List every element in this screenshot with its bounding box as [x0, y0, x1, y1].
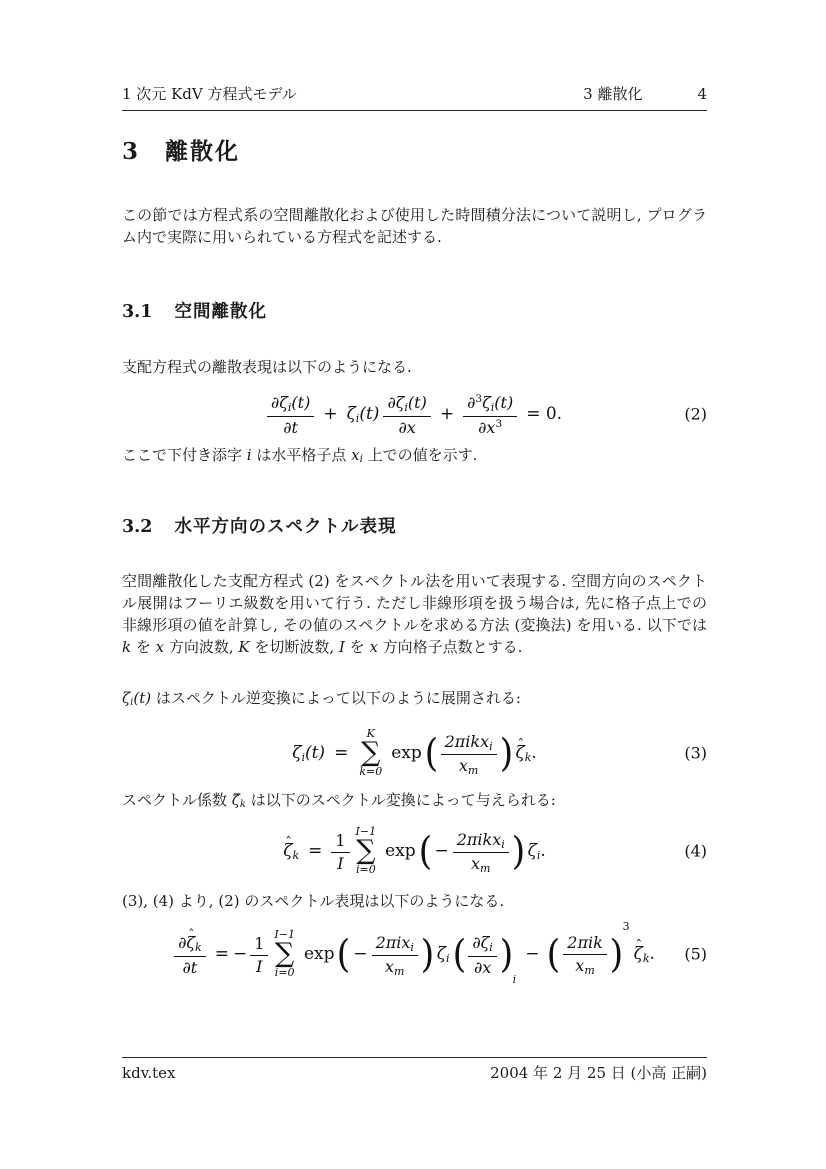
right-paren: ) [511, 832, 525, 870]
intro-paragraph: この節では方程式系の空間離散化および使用した時間積分法について説明し, プログラ… [122, 204, 707, 248]
eq5-fraction-a-denominator: xm [381, 956, 408, 979]
eq5-one: 1 [250, 931, 268, 956]
eq5-lhs-fraction: ∂ˆζk ∂t [174, 930, 206, 978]
footer-rule [122, 1057, 707, 1058]
sigma-symbol: ∑ [275, 941, 294, 967]
mtext: k [195, 941, 202, 954]
subsection-3-2-title: 水平方向のスペクトル表現 [174, 515, 396, 539]
zeta-hat: ˆζ [515, 743, 524, 763]
text-run: スペクトル係数 [122, 791, 232, 809]
mtext: ∂t [183, 958, 198, 977]
text-run: x [369, 638, 377, 656]
header-section-ref: 3 離散化 [583, 84, 642, 104]
mtext: 1 [254, 934, 264, 953]
equation-2: ∂ζi(t) ∂t + ζi(t) ∂ζi(t) ∂x + ∂3ζi(t) ∂x… [122, 384, 707, 444]
eq3-fraction-denominator: xm [455, 755, 482, 778]
mtext: ∂ζ [271, 393, 288, 412]
eq2-fraction-3-numerator: ∂3ζi(t) [463, 390, 517, 417]
mtext: 2πik [567, 933, 603, 952]
mtext: x [575, 956, 584, 975]
subsection-3-2-number: 3.2 [122, 515, 152, 539]
eq5-lhs-numerator: ∂ˆζk [174, 930, 206, 957]
mtext: i [489, 941, 493, 954]
eq5-fraction-b-denominator: ∂x [470, 957, 495, 978]
text-run: ζ̂ [232, 791, 240, 809]
mtext: I [256, 957, 262, 976]
mtext: 2πikx [457, 830, 502, 849]
eq5-fraction-a-numerator: 2πixi [372, 930, 418, 957]
eq5-lhs-denominator: ∂t [179, 957, 202, 978]
mtext: I [337, 854, 343, 873]
eq5-minus-operator: − [525, 944, 539, 964]
text-run: を切断波数, [250, 638, 339, 656]
mtext: ζ [528, 841, 537, 861]
mtext: m [468, 764, 478, 777]
eq3-lead-text: ζi(t) はスペクトル逆変換によって以下のように展開される: [122, 687, 707, 714]
equation-2-tag: (2) [684, 405, 707, 424]
text-run: は水平格子点 [252, 446, 352, 464]
mtext: 1 [335, 831, 345, 850]
eq4-summation: I−1 ∑ i=0 [356, 826, 377, 877]
text-run: k [122, 638, 131, 656]
mtext: ∂x [478, 418, 495, 437]
mtext: ∂ [178, 933, 186, 952]
text-run: を [131, 638, 156, 656]
eq2-rhs: = 0. [526, 404, 562, 424]
eq3-sum-lower: k=0 [359, 766, 382, 779]
mtext: i [410, 940, 414, 953]
eq5-spectral-coefficient: ˆζk. [634, 944, 655, 965]
hat-mark: ˆ [285, 835, 292, 851]
document-page: 1 次元 KdV 方程式モデル 3 離散化 4 3 離散化 この節では方程式系の… [0, 0, 826, 1169]
eq5-leading-minus: − [233, 944, 247, 964]
eq5-fraction-c-denominator: xm [571, 955, 598, 978]
eq3-equals: = [334, 743, 348, 763]
eq5-zeta-i: ζi [437, 944, 450, 965]
eq3-lhs: ζi(t) [292, 743, 325, 764]
text-run: K [238, 638, 249, 656]
zeta-hat: ˆζ [283, 841, 292, 861]
eq5-exp: exp [304, 944, 335, 964]
header-page-number: 4 [697, 84, 707, 104]
eq2-fraction-1: ∂ζi(t) ∂t [267, 390, 314, 438]
eq2-note: ここで下付き添字 i は水平格子点 xi 上での値を示す. [122, 444, 707, 471]
eq4-one: 1 [331, 828, 349, 853]
eq2-plus-1: + [323, 404, 337, 424]
eq2-fraction-1-denominator: ∂t [279, 417, 302, 438]
eq3-spectral-coefficient: ˆζk. [515, 743, 536, 764]
mtext: ∂x [398, 418, 415, 437]
eq5-fraction-b-numerator: ∂ζi [468, 930, 496, 957]
mtext: (t) [305, 743, 325, 763]
subsection-3-1-number: 3.1 [122, 300, 152, 324]
text-run: ここで下付き添字 [122, 446, 247, 464]
eq3-exp: exp [391, 743, 422, 763]
footer-date-author: 2004 年 2 月 25 日 (小高 正嗣) [490, 1063, 707, 1083]
eq5-equals: = [215, 944, 229, 964]
subsection-3-1-heading: 3.1 空間離散化 [122, 300, 707, 324]
eq5-fraction-a: 2πixi xm [372, 930, 418, 979]
text-run: ζ [122, 689, 130, 707]
mtext: ζ [482, 393, 491, 412]
eq2-fraction-1-numerator: ∂ζi(t) [267, 390, 314, 417]
eq3-summation: K ∑ k=0 [359, 728, 382, 779]
eq2-fraction-2: ∂ζi(t) ∂x [383, 390, 430, 438]
mtext: x [471, 854, 480, 873]
mtext: (t) [359, 404, 379, 424]
equation-4: ˆζk = 1 I I−1 ∑ i=0 exp ( − 2πikxi xm ) … [122, 812, 707, 890]
right-paren: ) [499, 734, 513, 772]
text-run: 方向波数, [164, 638, 238, 656]
spectral-method-paragraph: 空間離散化した支配方程式 (2) をスペクトル法を用いて表現する. 空間方向のス… [122, 570, 707, 658]
text-run: はスペクトル逆変換によって以下のように展開される: [151, 689, 521, 707]
equation-5-tag: (5) [684, 945, 707, 964]
mtext: i [501, 837, 505, 850]
mtext: 2πix [376, 933, 411, 952]
text-run: 方向格子点数とする. [378, 638, 523, 656]
left-paren: ( [424, 734, 438, 772]
eq4-fraction: 2πikxi xm [453, 827, 509, 876]
eq5-minus-inside: − [353, 944, 367, 964]
right-paren: ) [421, 935, 435, 973]
sigma-symbol: ∑ [361, 740, 380, 766]
mtext: (t) [291, 393, 310, 412]
eq5-fraction-c: 2πik xm [563, 930, 607, 978]
mtext: m [394, 965, 404, 978]
eq4-minus: − [434, 841, 448, 861]
eq4-one-over-I: 1 I [331, 828, 349, 874]
eq5-fraction-b: ∂ζi ∂x [468, 930, 496, 978]
mtext: k [292, 848, 299, 861]
eq3-fraction-numerator: 2πikxi [441, 729, 497, 756]
text-run: x [156, 638, 164, 656]
eq4-lhs: ˆζk [283, 841, 299, 862]
mtext: m [584, 964, 594, 977]
eq3-fraction: 2πikxi xm [441, 729, 497, 778]
eq5-outer-superscript: 3 [623, 920, 630, 933]
eq5-sum-lower: i=0 [275, 967, 295, 980]
left-paren: ( [547, 935, 561, 973]
mtext: m [480, 862, 490, 875]
eq4-exp: exp [385, 841, 416, 861]
section-heading: 3 離散化 [122, 137, 707, 167]
text-run: x [351, 446, 359, 464]
left-paren: ( [418, 832, 432, 870]
mtext: . [540, 841, 545, 861]
mtext: (t) [494, 393, 513, 412]
eq4-I: I [333, 853, 347, 874]
mtext: ∂t [283, 418, 298, 437]
eq4-fraction-denominator: xm [467, 853, 494, 876]
mtext: (t) [408, 393, 427, 412]
section-number: 3 [122, 137, 138, 167]
page-footer: kdv.tex 2004 年 2 月 25 日 (小高 正嗣) [122, 1063, 707, 1083]
mtext: ζ [347, 404, 356, 424]
header-rule [122, 110, 707, 111]
equation-3: ζi(t) = K ∑ k=0 exp ( 2πikxi xm ) ˆζk. (… [122, 716, 707, 790]
sigma-symbol: ∑ [356, 838, 375, 864]
zeta-hat: ˆζ [186, 933, 195, 953]
text-run: 上での値を示す. [363, 446, 478, 464]
mtext: . [650, 944, 655, 964]
section-title: 離散化 [165, 137, 240, 167]
right-paren: ) [499, 935, 513, 973]
left-paren: ( [452, 935, 466, 973]
eq2-fraction-2-numerator: ∂ζi(t) [383, 390, 430, 417]
equation-3-tag: (3) [684, 744, 707, 763]
eq2-plus-2: + [440, 404, 454, 424]
eq5-fraction-c-numerator: 2πik [563, 930, 607, 955]
footer-filename: kdv.tex [122, 1063, 176, 1083]
eq4-zeta-i: ζi. [528, 841, 546, 862]
equation-5: ∂ˆζk ∂t = − 1 I I−1 ∑ i=0 exp ( − 2πixi … [122, 914, 707, 994]
eq2-lead-text: 支配方程式の離散表現は以下のようになる. [122, 356, 707, 378]
hat-mark: ˆ [188, 928, 194, 944]
text-run: は以下のスペクトル変換によって与えられる: [246, 791, 556, 809]
eq4-equals: = [308, 841, 322, 861]
left-paren: ( [337, 935, 351, 973]
header-right-group: 3 離散化 4 [583, 84, 707, 104]
eq4-sum-lower: i=0 [356, 864, 376, 877]
mtext: ζ [437, 944, 446, 964]
right-paren: ) [609, 935, 623, 973]
eq5-one-over-I: 1 I [250, 931, 268, 977]
text-run: 空間離散化した支配方程式 (2) をスペクトル法を用いて表現する. 空間方向のス… [122, 572, 707, 634]
mtext: . [531, 743, 536, 763]
mtext: ∂x [474, 958, 491, 977]
hat-mark: ˆ [517, 737, 524, 753]
mtext: x [459, 756, 468, 775]
eq5-summation: I−1 ∑ i=0 [274, 929, 295, 980]
equation-4-tag: (4) [684, 842, 707, 861]
eq2-fraction-2-denominator: ∂x [394, 417, 419, 438]
mtext: ∂ζ [472, 933, 489, 952]
mtext: ∂ζ [387, 393, 404, 412]
zeta-hat: ˆζ [634, 944, 643, 964]
header-document-title: 1 次元 KdV 方程式モデル [122, 84, 297, 104]
hat-mark: ˆ [636, 938, 643, 954]
eq5-I: I [252, 956, 266, 977]
eq2-coefficient: ζi(t) [347, 404, 380, 425]
eq2-fraction-3: ∂3ζi(t) ∂x3 [463, 390, 517, 438]
text-run: (t) [133, 689, 151, 707]
eq2-fraction-3-denominator: ∂x3 [474, 417, 506, 438]
page-header: 1 次元 KdV 方程式モデル 3 離散化 4 [122, 84, 707, 104]
subsection-3-2-heading: 3.2 水平方向のスペクトル表現 [122, 515, 707, 539]
mtext: x [385, 957, 394, 976]
eq4-fraction-numerator: 2πikxi [453, 827, 509, 854]
mtext: i [489, 739, 493, 752]
mtext: 3 [495, 418, 502, 430]
eq5-lead-text: (3), (4) より, (2) のスペクトル表現は以下のようになる. [122, 890, 707, 912]
subsection-3-1-title: 空間離散化 [174, 300, 267, 324]
text-run: を [345, 638, 370, 656]
mtext: 2πikx [445, 732, 490, 751]
mtext: i [446, 951, 450, 964]
mtext: k [643, 951, 650, 964]
